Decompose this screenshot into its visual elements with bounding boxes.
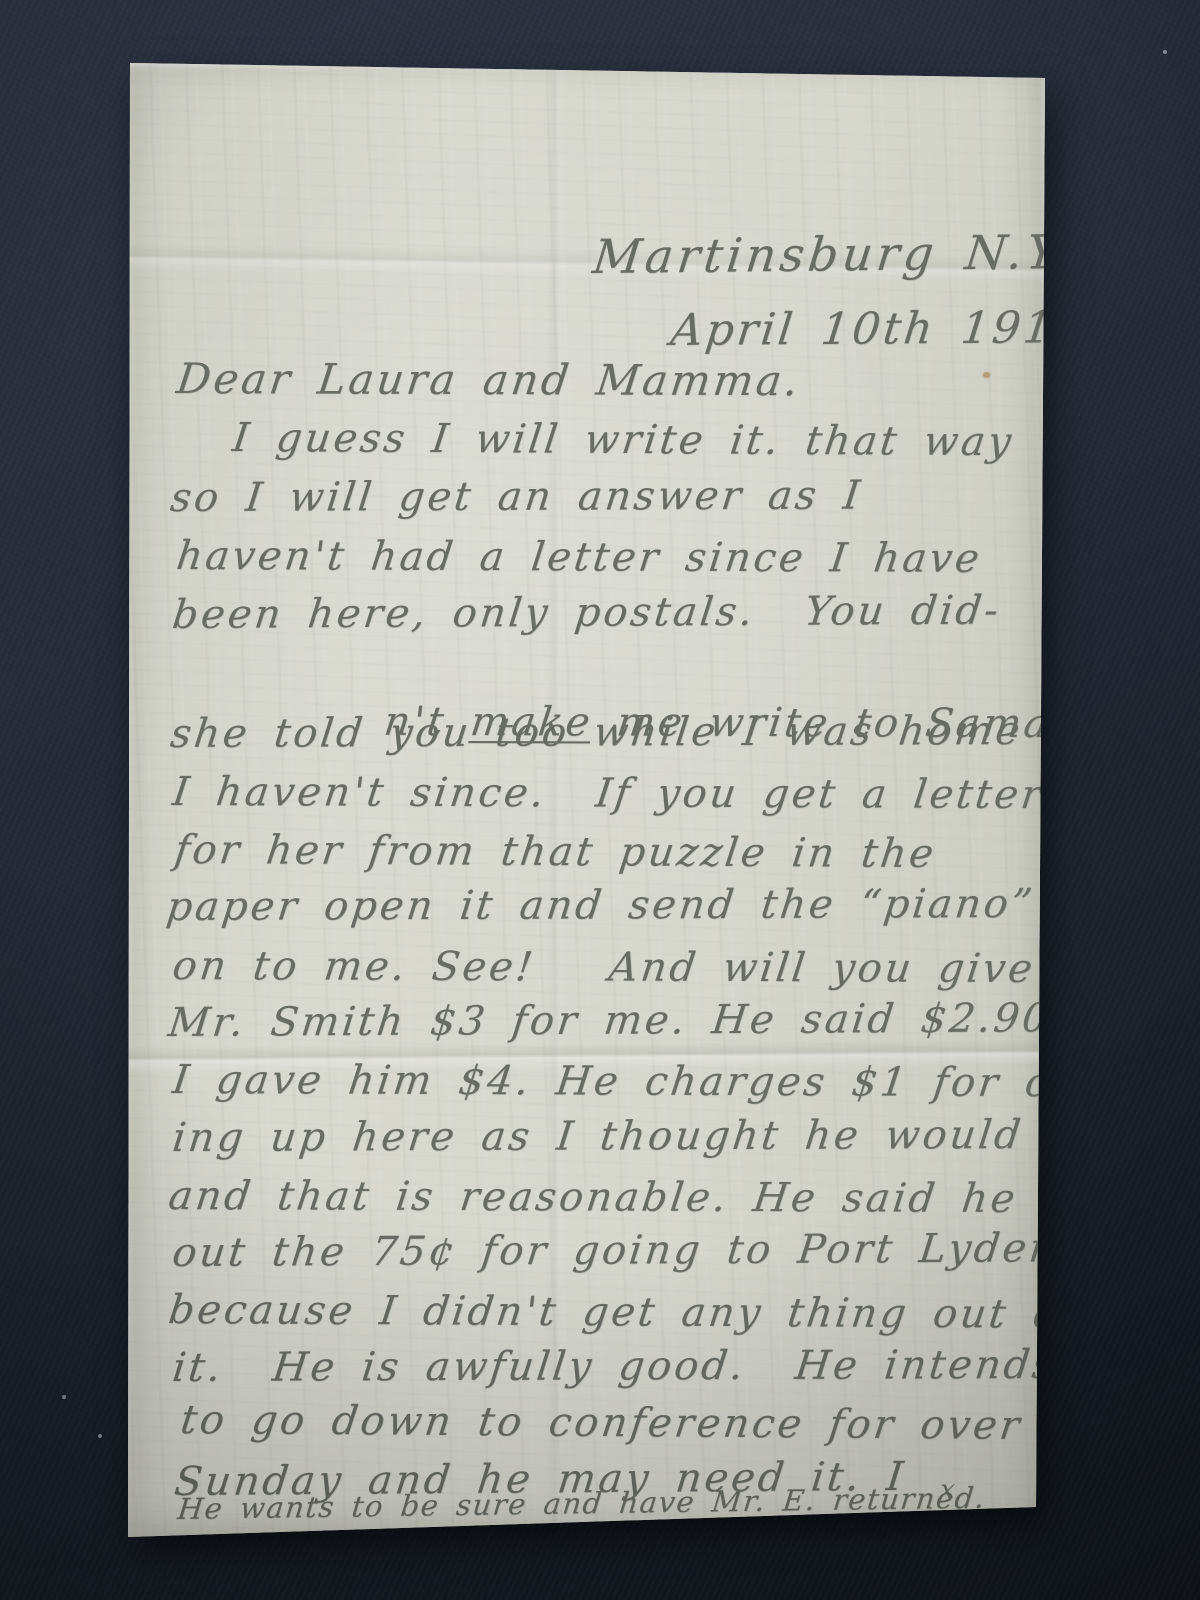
letter-line-11: Mr. Smith $3 for me. He said $2.90 [166,995,1053,1046]
photograph: Martinsburg N.Y. April 10th 1910. Dear L… [0,0,1200,1600]
dust-speck [62,1395,66,1399]
letter-line-13: ing up here as I thought he would [170,1112,1026,1161]
letter-line-1: I guess I will write it. that way [230,415,1017,465]
letter-paper: Martinsburg N.Y. April 10th 1910. Dear L… [128,63,1045,1539]
letter-line-14: and that is reasonable. He said he cut [166,1173,1118,1222]
paper-stain [983,372,990,378]
letter-salutation: Dear Laura and Mamma. [174,355,804,405]
letter-date-line: April 10th 1910. [668,303,1105,357]
letter-line-2: so I will get an answer as I [168,473,865,521]
letter-line-8: for her from that puzzle in the [172,827,939,877]
letter-line-16: because I didn't get any thing out of [166,1287,1081,1338]
dust-speck [1163,50,1167,54]
letter-line-4: been here, only postals. You did- [170,588,1004,638]
letter-line-9: paper open it and send the “piano” [164,881,1037,930]
letter-line-18: to go down to conference for over [178,1397,1025,1449]
letter-paper-wrapper: Martinsburg N.Y. April 10th 1910. Dear L… [128,63,1045,1539]
letter-line-12: I gave him $4. He charges $1 for come [170,1057,1148,1106]
letter-line-7: I haven't since. If you get a letter [170,769,1046,818]
letter-line-15: out the 75¢ for going to Port Lyden [170,1225,1061,1276]
dust-speck [98,1434,102,1438]
letter-line-17: it. He is awfully good. He intends [170,1342,1059,1391]
letter-line-6: she told you too while I was home and [168,708,1134,757]
letter-line-10: on to me. See! And will you give [170,943,1038,992]
letter-place-line: Martinsburg N.Y. [590,226,1077,285]
letter-line-3: haven't had a letter since I have [174,533,985,582]
